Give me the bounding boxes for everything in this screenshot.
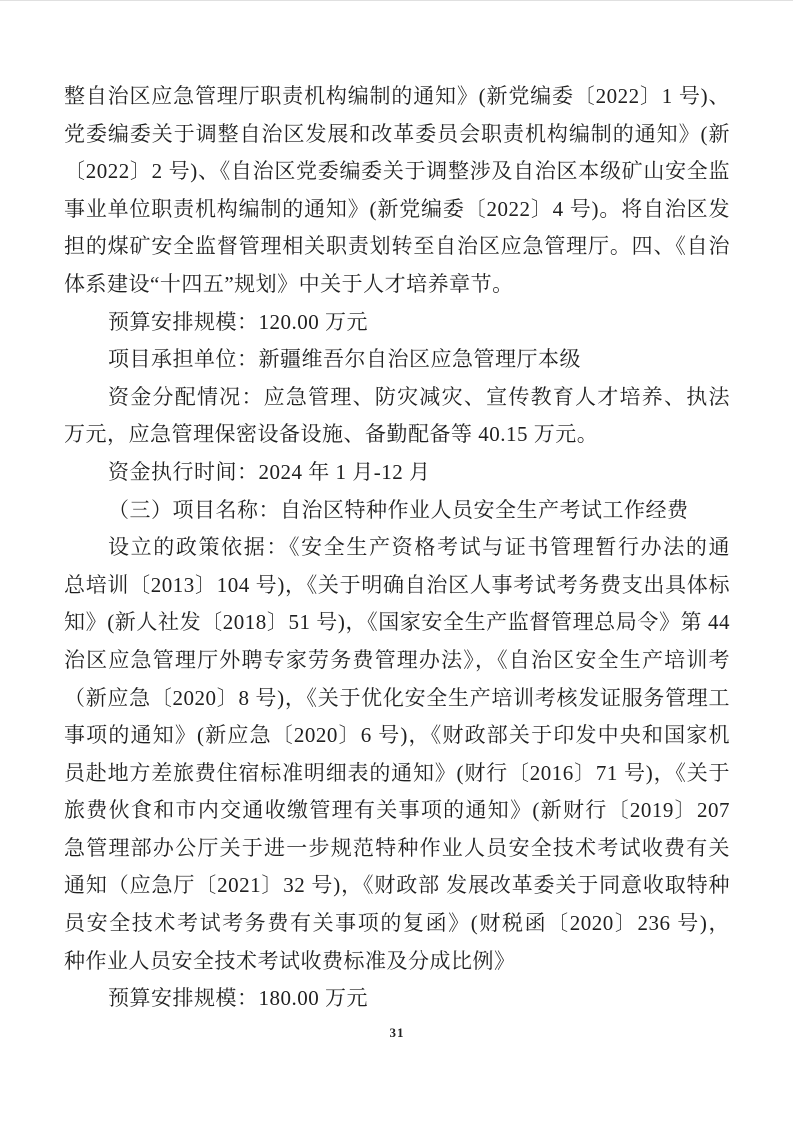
- text-line: 种作业人员安全技术考试收费标准及分成比例》: [64, 943, 730, 981]
- text-line: 万元，应急管理保密设备设施、备勤配备等 40.15 万元。: [64, 416, 730, 454]
- text-line: 知》(新人社发〔2018〕51 号)，《国家安全生产监督管理总局令》第 44 号…: [64, 604, 730, 642]
- budget-scale-line: 预算安排规模：180.00 万元: [64, 980, 730, 1018]
- text-line: 总培训〔2013〕104 号)，《关于明确自治区人事考试考务费支出具体标准的通: [64, 567, 730, 605]
- page-number: 31: [64, 1025, 730, 1041]
- policy-basis-line: 设立的政策依据：《安全生产资格考试与证书管理暂行办法的通知》(安监: [64, 529, 730, 567]
- text-line: 急管理部办公厅关于进一步规范特种作业人员安全技术考试收费有关事项的: [64, 830, 730, 868]
- text-line: 担的煤矿安全监督管理相关职责划转至自治区应急管理厅。四、《自治区应急: [64, 228, 730, 266]
- text-line: 体系建设“十四五”规划》中关于人才培养章节。: [64, 266, 730, 304]
- fund-allocation-line: 资金分配情况：应急管理、防灾减灾、宣传教育人才培养、执法检查 79.85: [64, 379, 730, 417]
- text-line: 治区应急管理厅外聘专家劳务费管理办法》，《自治区安全生产培训考核办法》: [64, 642, 730, 680]
- execution-time-line: 资金执行时间：2024 年 1 月-12 月: [64, 454, 730, 492]
- text-line: 旅费伙食和市内交通收缴管理有关事项的通知》(新财行〔2019〕207 号)，应: [64, 792, 730, 830]
- text-line: （新应急〔2020〕8 号)，《关于优化安全生产培训考核发证服务管理工作有关: [64, 680, 730, 718]
- text-line: 事项的通知》(新应急〔2020〕6 号)，《财政部关于印发中央和国家机关工作人: [64, 717, 730, 755]
- document-page: 整自治区应急管理厅职责机构编制的通知》(新党编委〔2022〕1 号)、《自治区 …: [0, 0, 793, 1122]
- text-line: 通知（应急厅〔2021〕32 号)，《财政部 发展改革委关于同意收取特种作业人: [64, 867, 730, 905]
- text-line: 事业单位职责机构编制的通知》(新党编委〔2022〕4 号)。将自治区发改委承: [64, 191, 730, 229]
- text-line: 党委编委关于调整自治区发展和改革委员会职责机构编制的通知》(新党编委: [64, 116, 730, 154]
- text-line: 员安全技术考试考务费有关事项的复函》(财税函〔2020〕236 号)，《自治区特: [64, 905, 730, 943]
- budget-scale-line: 预算安排规模：120.00 万元: [64, 304, 730, 342]
- project-name-line: （三）项目名称：自治区特种作业人员安全生产考试工作经费: [64, 492, 730, 530]
- undertaking-unit-line: 项目承担单位：新疆维吾尔自治区应急管理厅本级: [64, 341, 730, 379]
- document-body: 整自治区应急管理厅职责机构编制的通知》(新党编委〔2022〕1 号)、《自治区 …: [64, 78, 730, 1018]
- text-line: 整自治区应急管理厅职责机构编制的通知》(新党编委〔2022〕1 号)、《自治区: [64, 78, 730, 116]
- text-line: 员赴地方差旅费住宿标准明细表的通知》(财行〔2016〕71 号)，《关于规范差: [64, 755, 730, 793]
- text-line: 〔2022〕2 号)、《自治区党委编委关于调整涉及自治区本级矿山安全监管相关: [64, 153, 730, 191]
